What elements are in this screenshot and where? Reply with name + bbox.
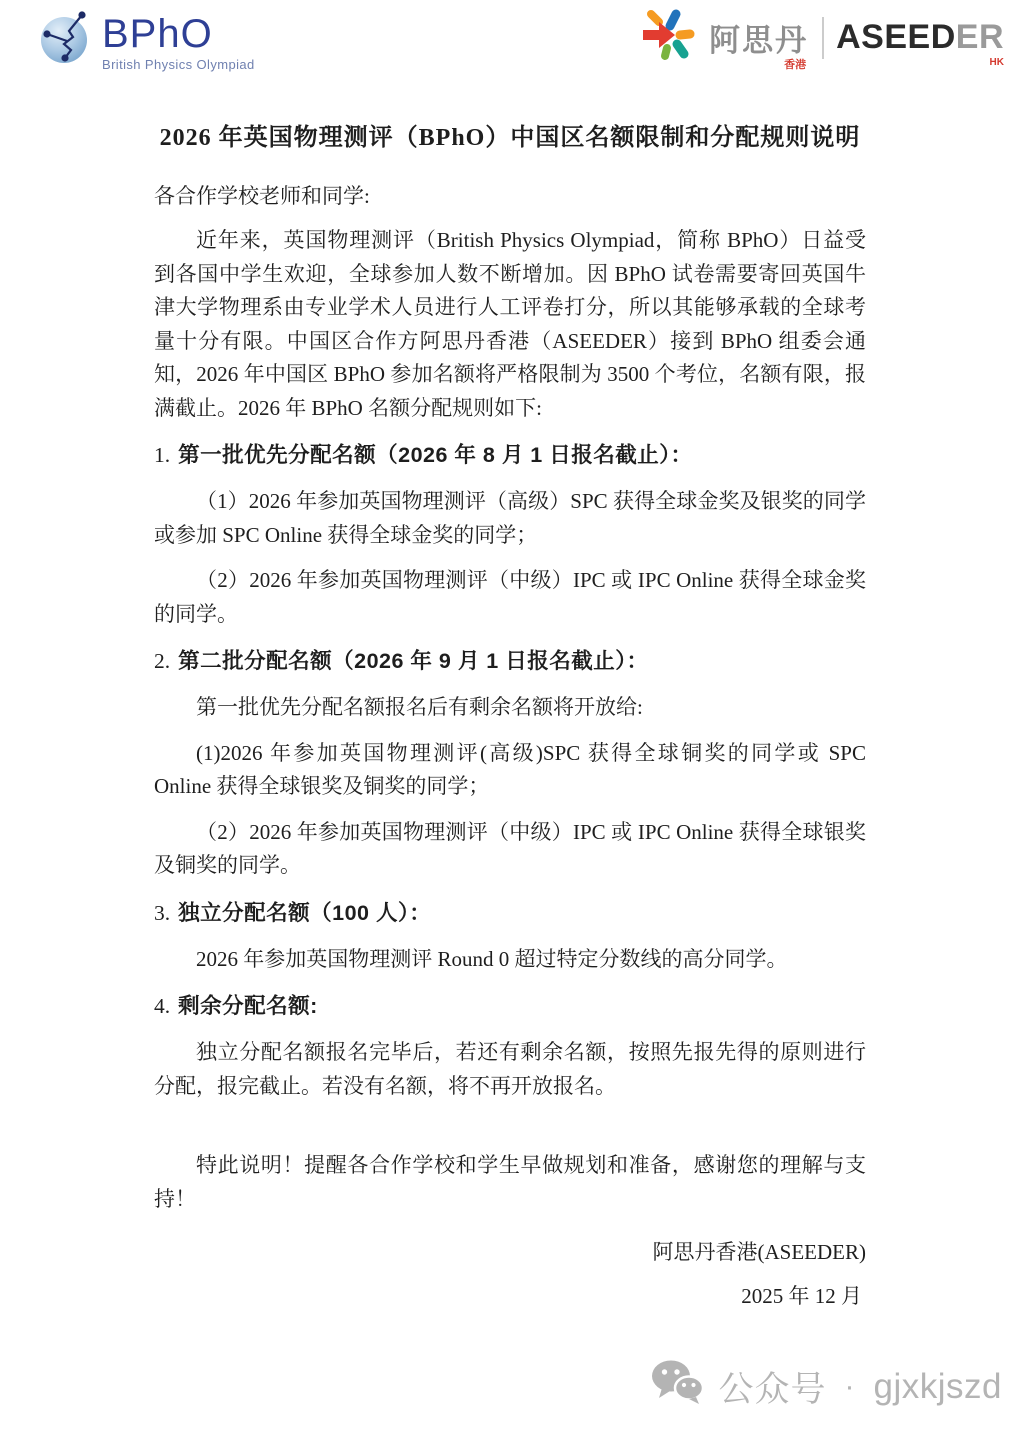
section-4-paragraph-1: 独立分配名额报名完毕后，若还有剩余名额，按照先报先得的原则进行分配，报完截止。若… [154, 1036, 866, 1103]
section-2-paragraph-3: （2）2026 年参加英国物理测评（中级）IPC 或 IPC Online 获得… [154, 816, 866, 883]
salutation: 各合作学校老师和同学: [154, 180, 866, 213]
section-2-number: 2. [154, 649, 170, 673]
section-1-paragraph-1: （1）2026 年参加英国物理测评（高级）SPC 获得全球金奖及银奖的同学或参加… [154, 485, 866, 552]
wechat-icon [651, 1359, 705, 1414]
section-4-heading: 4.剩余分配名额: [154, 990, 866, 1023]
wechat-account: gjxkjszd [874, 1367, 1002, 1407]
section-3-heading: 3.独立分配名额（100 人）： [154, 897, 866, 930]
section-2-paragraph-1: 第一批优先分配名额报名后有剩余名额将开放给: [154, 691, 866, 725]
logo-divider [822, 17, 824, 59]
section-3-number: 3. [154, 901, 170, 925]
document-title: 2026 年英国物理测评（BPhO）中国区名额限制和分配规则说明 [154, 120, 866, 156]
section-1-number: 1. [154, 443, 170, 467]
intro-paragraph: 近年来，英国物理测评（British Physics Olympiad，简称 B… [154, 224, 866, 425]
section-2-title: 第二批分配名额（2026 年 9 月 1 日报名截止）： [178, 649, 648, 673]
bpho-logo: BPhO British Physics Olympiad [38, 8, 255, 71]
closing-statement: 特此说明！提醒各合作学校和学生早做规划和准备，感谢您的理解与支持！ [154, 1149, 866, 1216]
aseeder-en-dark: ASEED [836, 18, 956, 56]
section-3-title: 独立分配名额（100 人）： [178, 901, 431, 925]
aseeder-star-icon [639, 6, 697, 69]
wechat-label: 公众号 [719, 1362, 827, 1412]
bpho-logo-text: BPhO [102, 14, 255, 54]
signature: 阿思丹香港(ASEEDER) [154, 1236, 866, 1269]
wechat-watermark: 公众号 · gjxkjszd [651, 1359, 1003, 1414]
document-page: BPhO British Physics Olympiad 阿思丹 香港 ASE… [0, 0, 1018, 1440]
aseeder-en-name: ASEEDER [836, 18, 1004, 56]
document-date: 2025 年 12 月 [154, 1280, 866, 1313]
section-1-title: 第一批优先分配名额（2026 年 8 月 1 日报名截止）： [178, 443, 692, 467]
section-4-number: 4. [154, 994, 170, 1018]
section-3-paragraph-1: 2026 年参加英国物理测评 Round 0 超过特定分数线的高分同学。 [154, 943, 866, 977]
document-body: 2026 年英国物理测评（BPhO）中国区名额限制和分配规则说明 各合作学校老师… [154, 120, 866, 1313]
section-1-paragraph-2: （2）2026 年参加英国物理测评（中级）IPC 或 IPC Online 获得… [154, 564, 866, 631]
aseeder-logo: 阿思丹 香港 ASEEDER HK [639, 6, 1004, 69]
aseeder-en-region: HK [990, 57, 1004, 68]
bpho-sphere-icon [38, 8, 94, 71]
aseeder-cn-region: 香港 [784, 56, 806, 72]
section-2-heading: 2.第二批分配名额（2026 年 9 月 1 日报名截止）： [154, 645, 866, 678]
bpho-logo-subtitle: British Physics Olympiad [102, 58, 255, 71]
section-2-paragraph-2: (1)2026 年参加英国物理测评(高级)SPC 获得全球铜奖的同学或 SPC … [154, 737, 866, 804]
aseeder-cn-name: 阿思丹 [709, 23, 808, 58]
section-4-title: 剩余分配名额: [178, 994, 318, 1018]
watermark-separator: · [845, 1370, 856, 1404]
section-1-heading: 1.第一批优先分配名额（2026 年 8 月 1 日报名截止）： [154, 439, 866, 472]
aseeder-en-gray: ER [956, 18, 1004, 56]
